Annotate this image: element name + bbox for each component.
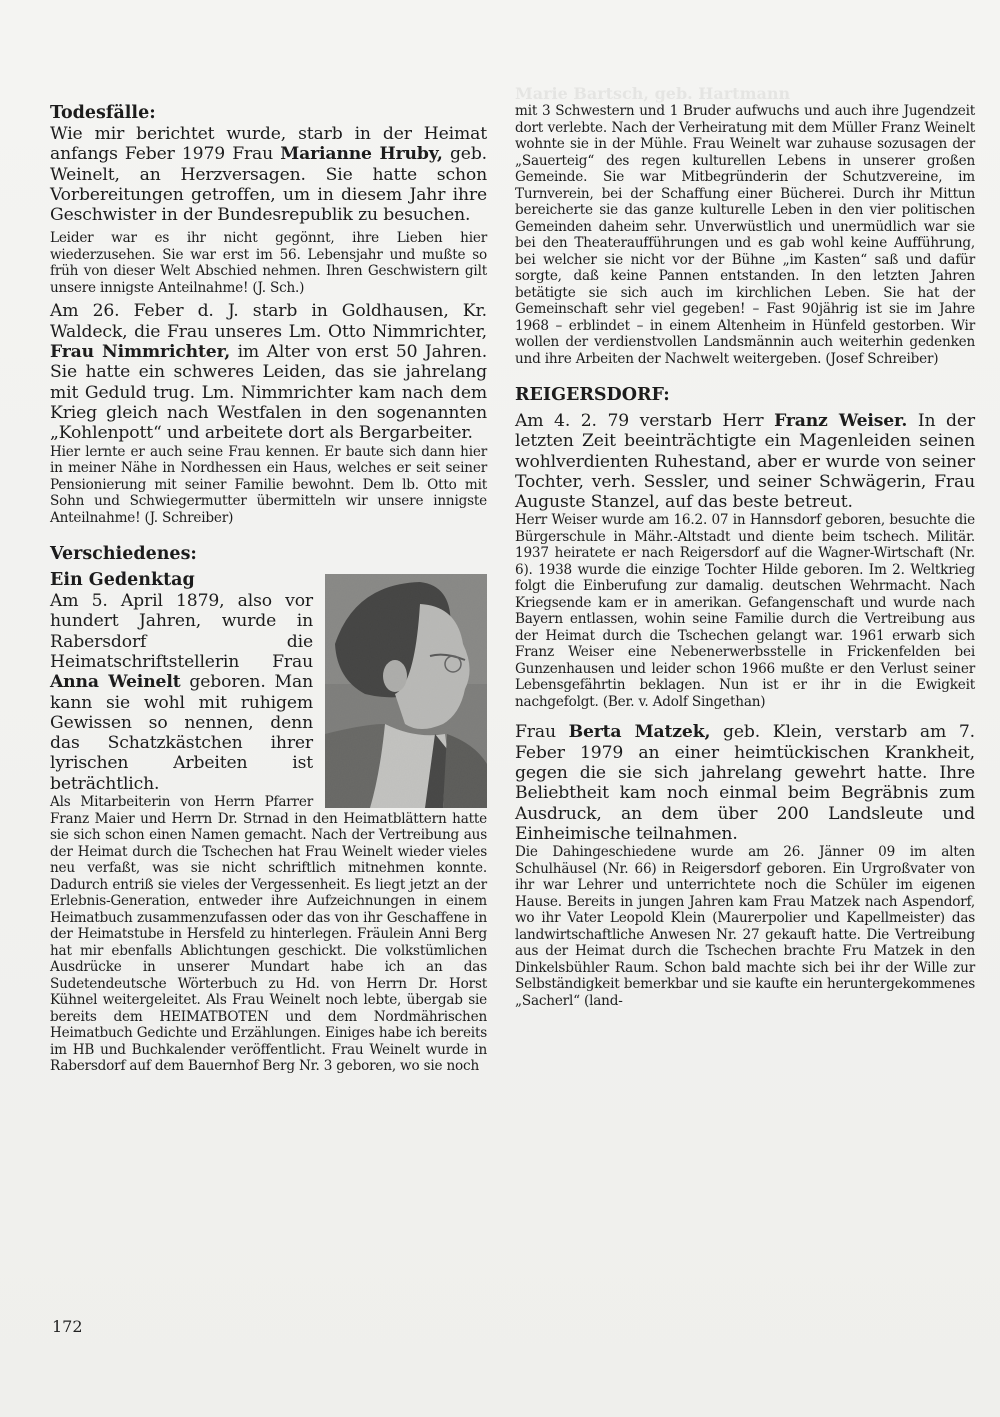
- show-through-text: Marie Bartsch, geb. Hartmann: [515, 84, 790, 103]
- paragraph-weiser-biography: Herr Weiser wurde am 16.2. 07 in Hannsdo…: [515, 512, 975, 710]
- name-franz-weiser: Franz Weiser.: [774, 411, 907, 431]
- section-heading-verschiedenes: Verschiedenes:: [50, 544, 487, 565]
- paragraph-gedenktag-body: Als Mitarbeiterin von Herrn Pfarrer Fran…: [50, 794, 487, 1075]
- paragraph-nimmrichter: Am 26. Feber d. J. starb in Goldhausen, …: [50, 301, 487, 443]
- paragraph-matzek-biography: Die Dahingeschiedene wurde am 26. Jänner…: [515, 844, 975, 1009]
- paragraph-hruby: Wie mir berichtet wurde, starb in der He…: [50, 124, 487, 225]
- paragraph-matzek: Frau Berta Matzek, geb. Klein, verstarb …: [515, 722, 975, 844]
- name-anna-weinelt: Anna Weinelt: [50, 672, 181, 692]
- document-page: Marie Bartsch, geb. Hartmann Todesfälle:…: [0, 0, 1000, 1417]
- paragraph-hruby-condolence: Leider war es ihr nicht gegönnt, ihre Li…: [50, 230, 487, 296]
- page-number: 172: [52, 1317, 83, 1336]
- name-berta-matzek: Berta Matzek,: [569, 722, 711, 742]
- section-heading-todesfaelle: Todesfälle:: [50, 103, 487, 124]
- paragraph-nimmrichter-condolence: Hier lernte er auch seine Frau kennen. E…: [50, 444, 487, 527]
- name-frau-nimmrichter: Frau Nimmrichter,: [50, 342, 230, 362]
- paragraph-weiser: Am 4. 2. 79 verstarb Herr Franz Weiser. …: [515, 411, 975, 512]
- portrait-photo: [325, 574, 487, 808]
- paragraph-weinelt-continuation: mit 3 Schwestern und 1 Bruder aufwuchs u…: [515, 103, 975, 367]
- left-column: Todesfälle: Wie mir berichtet wurde, sta…: [50, 103, 487, 1075]
- name-marianne-hruby: Marianne Hruby,: [280, 144, 443, 164]
- section-heading-reigersdorf: REIGERSDORF:: [515, 385, 975, 406]
- portrait-image-icon: [325, 574, 487, 808]
- right-column: mit 3 Schwestern und 1 Bruder aufwuchs u…: [515, 103, 975, 1009]
